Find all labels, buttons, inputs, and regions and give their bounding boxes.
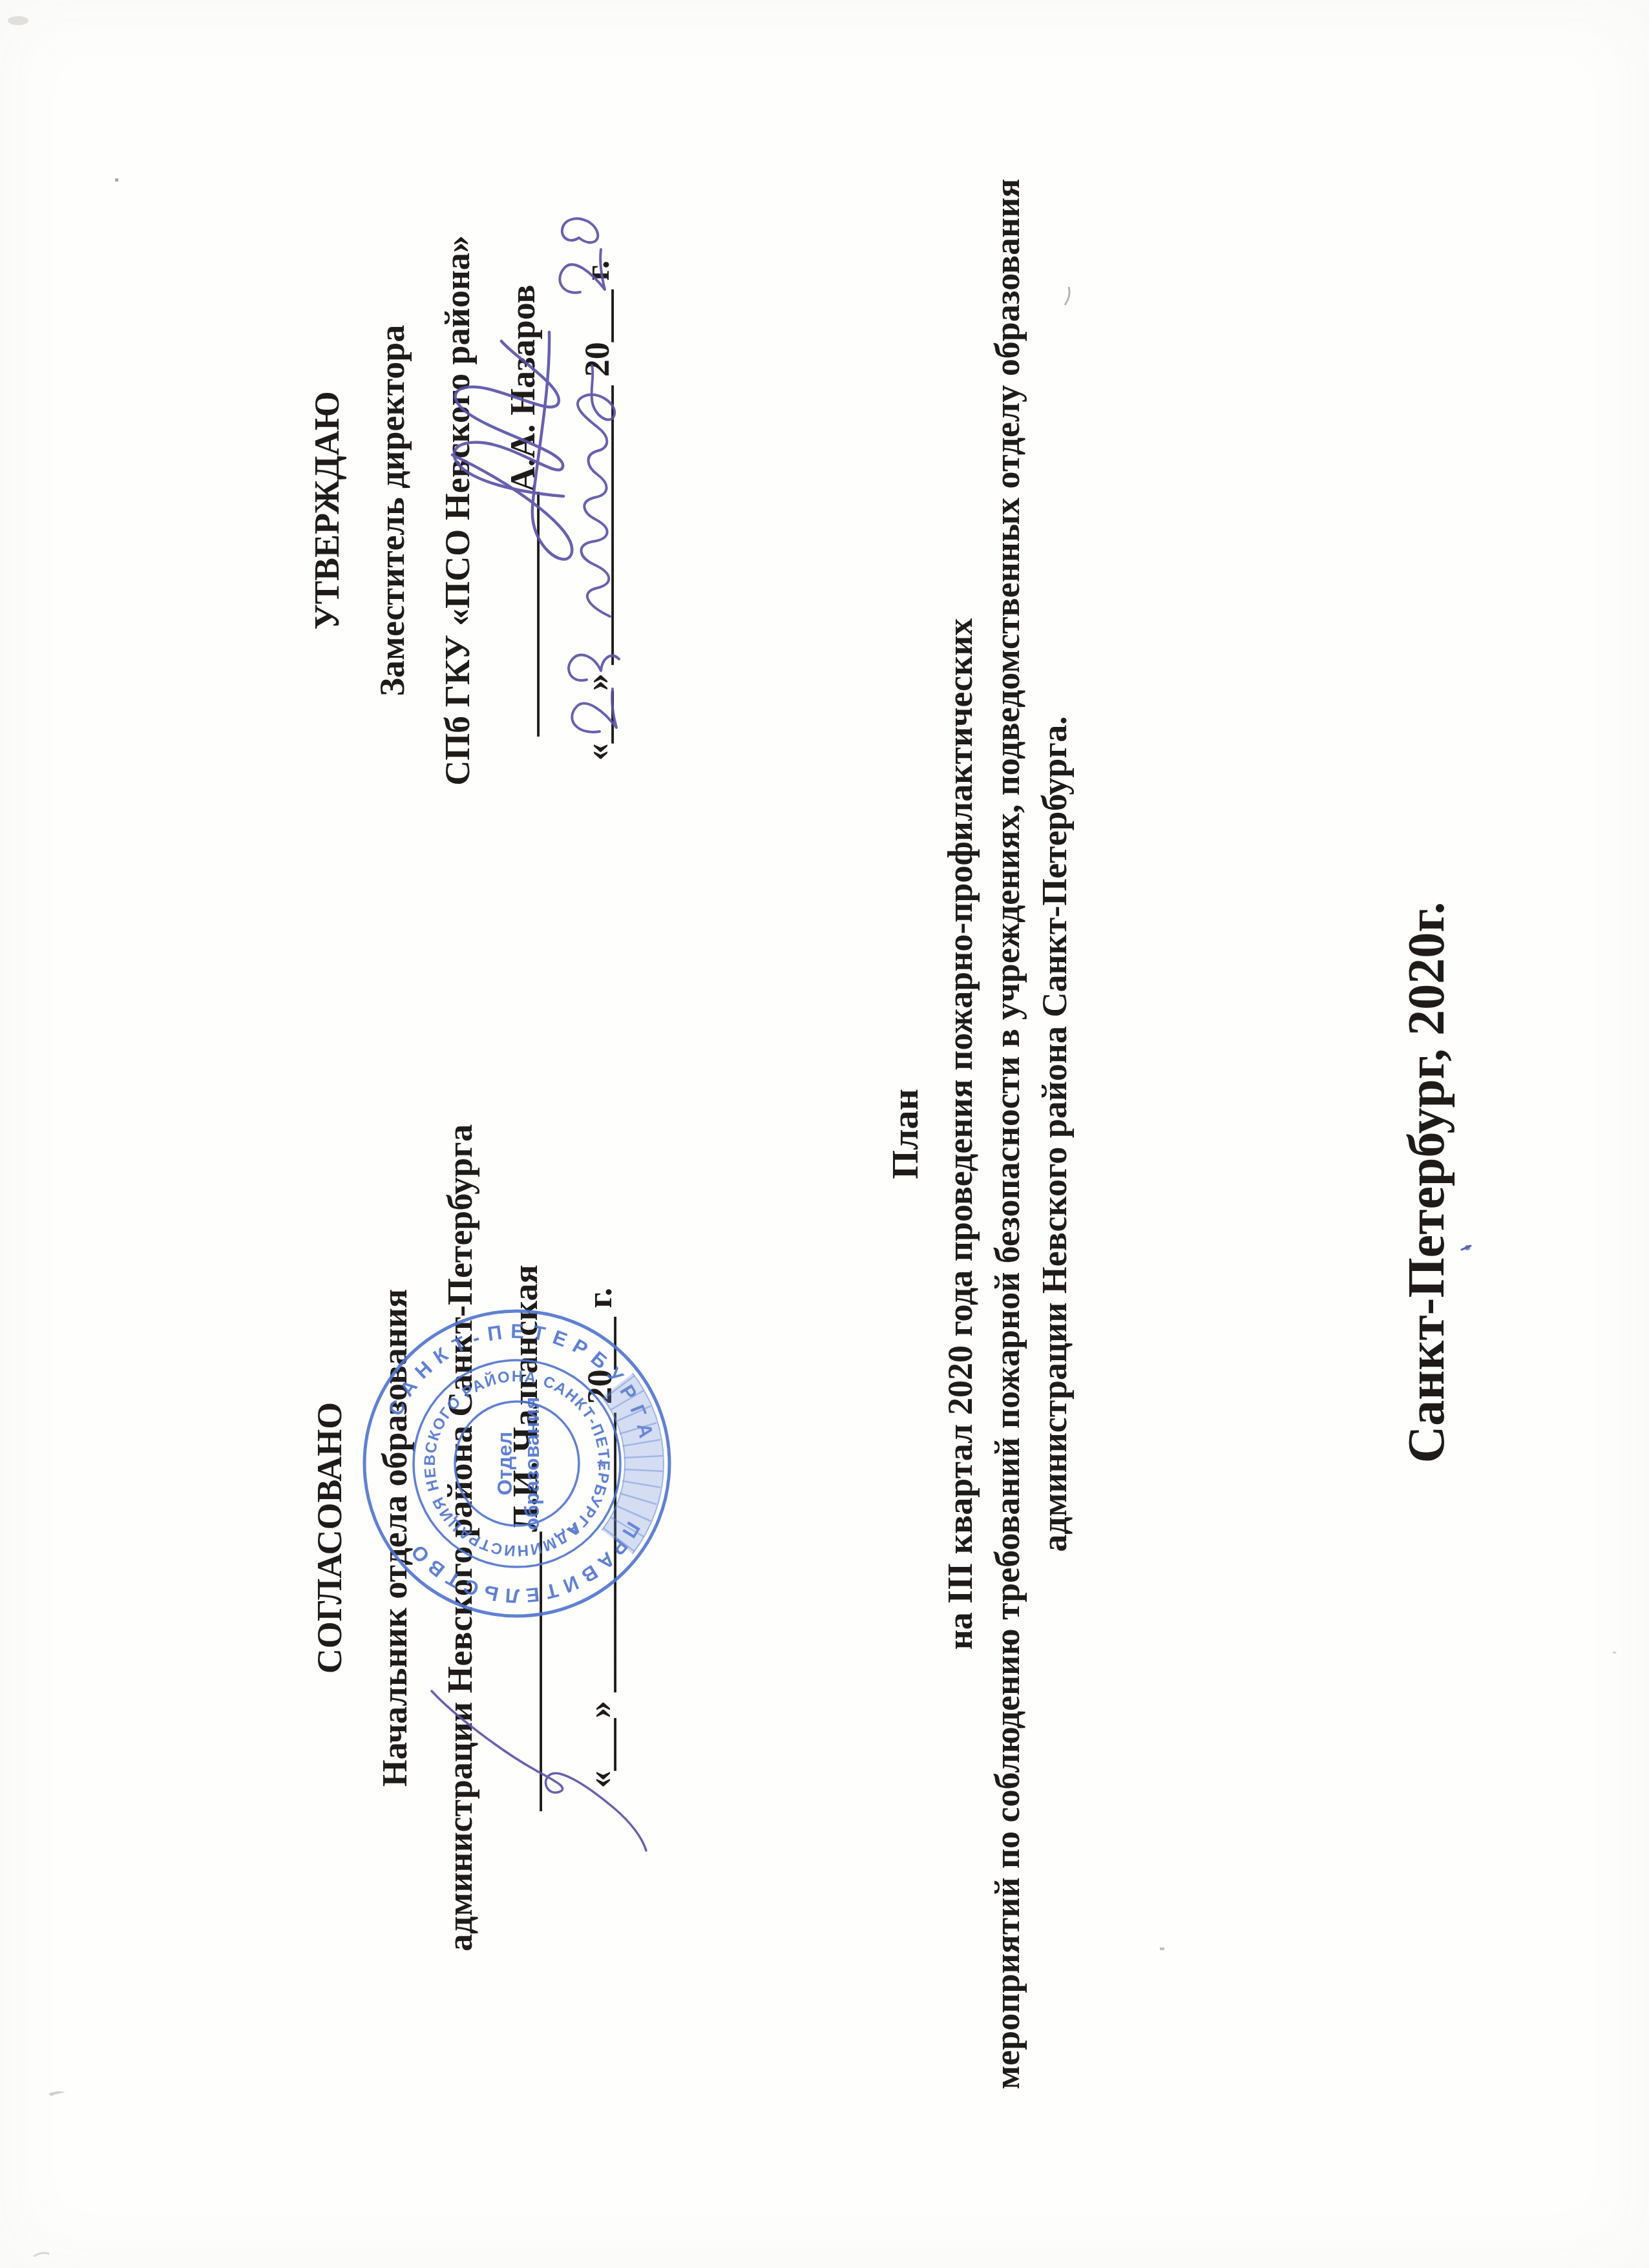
approval-block-right: УТВЕРЖДАЮ Заместитель директора СПб ГКУ … [295,174,630,846]
approval-right-title: УТВЕРЖДАЮ [295,174,360,846]
stamp-star-separator: * [597,1456,605,1477]
approval-right-signature-line: ______________А.А. Назаров [490,174,556,846]
title-line-3: администрации Невского района Санкт-Пете… [1031,0,1078,2268]
approval-right-position-2: СПб ГКУ «ПСО Невского района» [425,174,490,846]
stamp-outer-circle [364,1311,669,1616]
title-line-2: мероприятий по соблюдению требований пож… [984,0,1031,2268]
scanned-document-screenshot: { "page": { "paper_color": "#fefefd", "t… [0,0,1649,2268]
stamp-inner-circle [455,1402,579,1526]
footer-city-year: Санкт-Петербург, 2020г. [1398,902,1455,1464]
document-page: СОГЛАСОВАНО Начальник отдела образования… [0,0,1649,2268]
official-round-stamp: САНКТ-ПЕТЕРБУРГА ПРАВИТЕЛЬСТВО АДМИНИСТР… [349,1296,685,1632]
title-line-1: на III квартал 2020 года проведения пожа… [937,0,984,2268]
approval-right-date-line: «___» ________________ 20___ г. [565,174,630,846]
document-title: План [880,0,930,2268]
ink-speck [1462,1246,1471,1250]
stamp-inner-ring-text: АДМИНИСТРАЦИЯ НЕВСКОГО РАЙОНА САНКТ-ПЕТЕ… [421,1368,613,1559]
approval-right-position-1: Заместитель директора [360,174,425,846]
stamp-middle-circle [414,1360,620,1567]
stamp-center-line1: Отдел [493,1432,516,1496]
document-content: СОГЛАСОВАНО Начальник отдела образования… [0,0,1649,2268]
title-block: План на III квартал 2020 года проведения… [880,0,1078,2268]
stamp-center-line2: образования [520,1397,543,1530]
footer-block: Санкт-Петербург, 2020г. [1394,0,1459,2268]
